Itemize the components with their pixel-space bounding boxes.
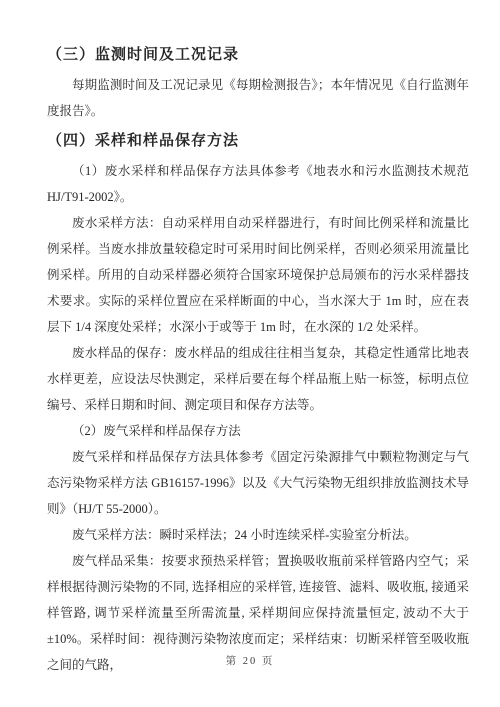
document-page: （三）监测时间及工况记录 每期监测时间及工况记录见《每期检测报告》；本年情况见《… [47,38,469,678]
paragraph-monitoring-record: 每期监测时间及工况记录见《每期检测报告》；本年情况见《自行监测年度报告》。 [47,72,469,124]
paragraph-exhaust-gas-reference: 废气采样和样品保存方法具体参考《固定污染源排气中颗粒物测定与气态污染物采样方法 … [47,444,469,522]
section-heading-monitoring-time: （三）监测时间及工况记录 [47,40,469,70]
paragraph-wastewater-reference: （1）废水采样和样品保存方法具体参考《地表水和污水监测技术规范HJ/T91-20… [47,158,469,210]
page-number: 第 20 页 [0,653,500,668]
paragraph-exhaust-gas-subheading: （2）废气采样和样品保存方法 [47,418,469,444]
section-heading-sampling-methods: （四）采样和样品保存方法 [47,126,469,156]
paragraph-exhaust-gas-sampling-method: 废气采样方法：瞬时采样法；24 小时连续采样-实验室分析法。 [47,522,469,548]
paragraph-wastewater-sampling-method: 废水采样方法：自动采样用自动采样器进行，有时间比例采样和流量比例采样。当废水排放… [47,210,469,340]
paragraph-wastewater-sample-preservation: 废水样品的保存：废水样品的组成往往相当复杂，其稳定性通常比地表水样更差，应设法尽… [47,340,469,418]
